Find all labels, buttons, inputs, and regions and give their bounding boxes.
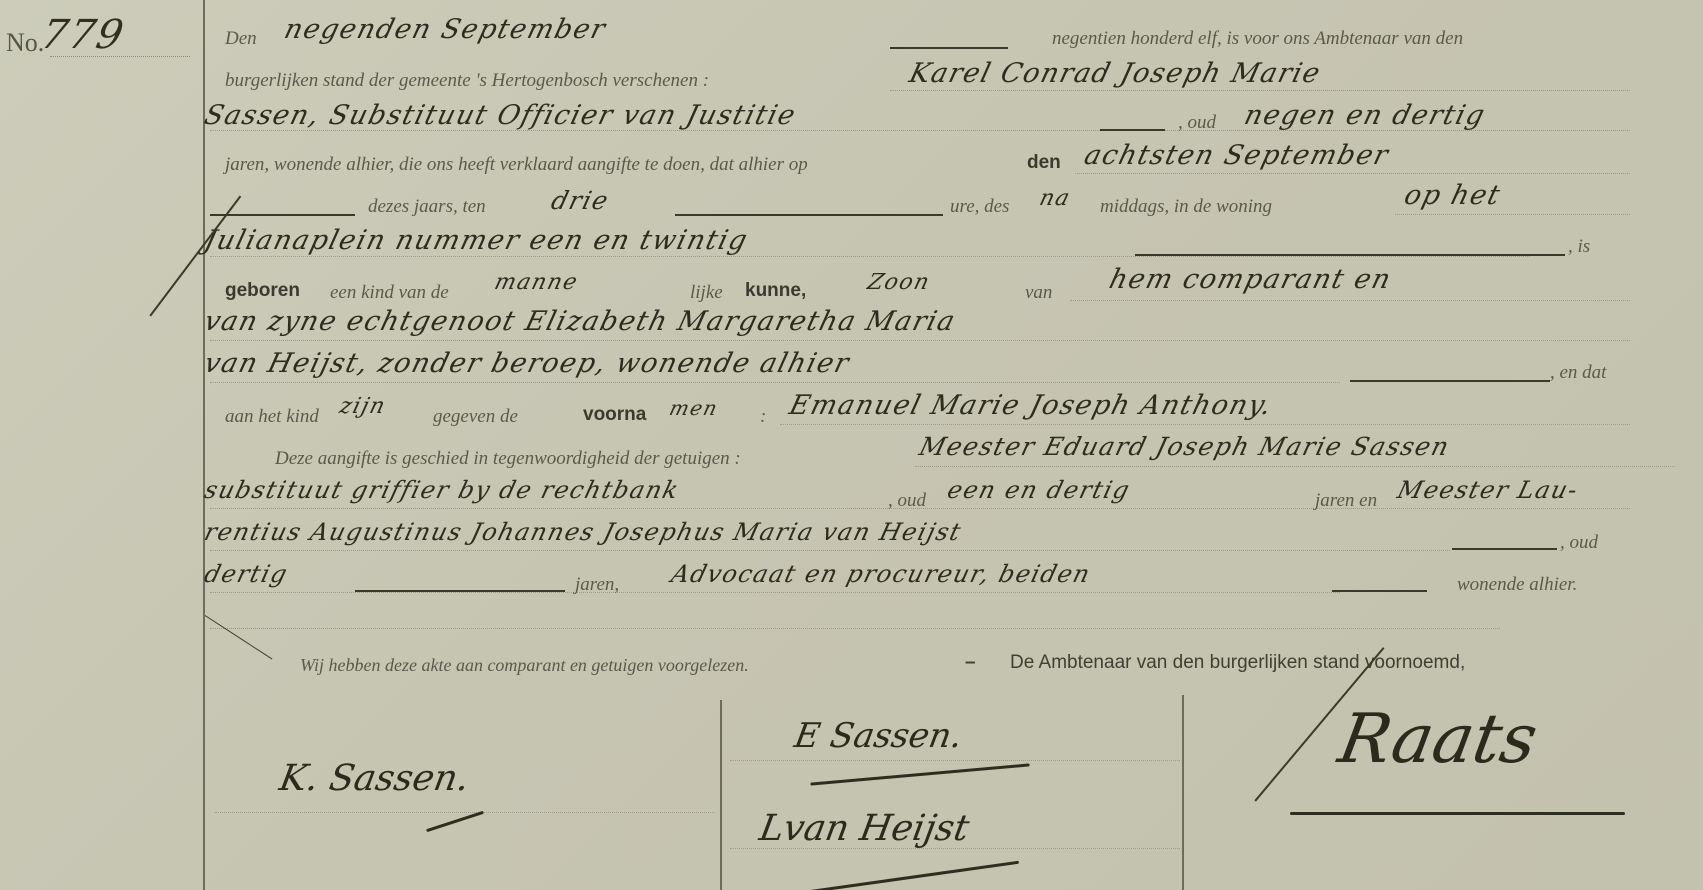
printed-is: , is [1568,236,1590,258]
handwritten-location-start: op het [1401,180,1504,211]
printed-ure-des: ure, des [950,196,1009,218]
printed-registrar-statement: De Ambtenaar van den burgerlijken stand … [1010,652,1465,674]
dotted-guide [215,812,715,813]
dotted-guide [210,592,1340,593]
closing-dotted-rule [210,628,1500,629]
fill-line [1332,590,1427,592]
fill-line [210,214,355,216]
signature-registrar: Raats [1333,700,1543,779]
dotted-guide [210,340,1630,341]
printed-oud-2: , oud [888,490,926,512]
printed-colon: : [760,406,766,428]
dotted-guide [780,424,1630,425]
signature-column-rule [1182,695,1184,890]
record-number-value: 779 [37,12,129,58]
handwritten-witness-occupations: Advocaat en procureur, beiden [669,560,1094,588]
handwritten-address: Julianaplein nummer een en twintig [201,225,751,256]
signature-underline [810,763,1029,785]
printed-dezes-jaars: dezes jaars, ten [368,196,486,218]
handwritten-witness-1: Meester Eduard Joseph Marie Sassen [916,432,1453,461]
signature-underline [801,861,1019,890]
printed-oud: , oud [1178,112,1216,134]
printed-den: Den [225,28,257,50]
handwritten-sex: manne [492,270,581,295]
fill-line [890,47,1008,49]
printed-gegeven-de: gegeven de [433,406,518,428]
handwritten-declarant-name: Karel Conrad Joseph Marie [906,58,1324,89]
printed-voorna: voorna [583,404,646,426]
printed-dash: – [965,652,976,674]
printed-read-aloud-statement: Wij hebben deze akte aan comparant en ge… [300,655,749,676]
signature-underline [1290,812,1625,815]
dotted-guide [915,466,1675,467]
printed-jaren-en: jaren en [1315,490,1377,512]
closing-diagonal-stroke [205,615,273,660]
printed-declaration: jaren, wonende alhier, die ons heeft ver… [225,154,808,176]
handwritten-hour: drie [548,186,612,215]
handwritten-witness-1-age: een en dertig [945,476,1134,504]
handwritten-witness-2-age: dertig [202,560,292,588]
handwritten-birth-date: achtsten September [1081,140,1392,171]
handwritten-witness-2-name: rentius Augustinus Johannes Josephus Mar… [202,518,965,546]
dotted-guide [1070,300,1630,301]
printed-lijke: lijke [690,282,723,304]
printed-den-bold: den [1027,152,1061,174]
fill-line [355,590,565,592]
printed-kunne: kunne, [745,280,806,302]
handwritten-witness-1-occupation: substituut griffier by de rechtbank [202,476,683,504]
handwritten-declarant-age: negen en dertig [1241,100,1489,131]
handwritten-declarant-occupation: Sassen, Substituut Officier van Justitie [201,100,799,131]
handwritten-witness-2-start: Meester Lau- [1395,476,1582,504]
dotted-guide [730,760,1180,761]
handwritten-date: negenden September [281,14,609,45]
handwritten-na: na [1037,186,1074,211]
dotted-guide [1395,214,1630,215]
printed-en-dat: , en dat [1550,362,1606,384]
handwritten-mother-details: van Heijst, zonder beroep, wonende alhie… [201,348,853,379]
fill-line [1100,129,1165,131]
dotted-guide [210,256,1530,257]
fill-line [675,214,943,216]
signature-witness-1: E Sassen. [791,716,965,756]
printed-kind-van-de: een kind van de [330,282,449,304]
margin-rule [203,0,205,890]
fill-line [1135,254,1565,256]
dotted-guide [210,550,1450,551]
printed-middags: middags, in de woning [1100,196,1272,218]
signature-witness-2: Lvan Heijst [756,808,972,849]
dotted-guide [210,382,1340,383]
handwritten-zoon: Zoon [865,270,933,295]
printed-municipality: burgerlijken stand der gemeente 's Herto… [225,70,709,92]
printed-witnesses-intro: Deze aangifte is geschied in tegenwoordi… [275,448,741,470]
printed-jaren: jaren, [575,574,619,596]
birth-certificate-page: No. 779 Den negenden September negentien… [0,0,1703,890]
printed-geboren: geboren [225,280,300,302]
handwritten-mother: van zyne echtgenoot Elizabeth Margaretha… [201,306,959,337]
printed-aan-het-kind: aan het kind [225,406,319,428]
handwritten-father: hem comparant en [1106,264,1395,295]
signature-declarant: K. Sassen. [276,758,472,799]
handwritten-men: men [667,396,721,420]
printed-year-text: negentien honderd elf, is voor ons Ambte… [1052,28,1463,50]
signature-column-rule [720,700,722,890]
handwritten-zijn: zijn [337,394,389,419]
dotted-guide [890,90,1630,91]
dotted-guide [1075,173,1630,174]
handwritten-child-names: Emanuel Marie Joseph Anthony. [786,390,1276,421]
printed-wonende-alhier: wonende alhier. [1457,574,1577,596]
printed-van: van [1025,282,1052,304]
printed-oud-3: , oud [1560,532,1598,554]
fill-line [1452,548,1557,550]
signature-underline [426,811,484,832]
fill-line [1350,380,1550,382]
